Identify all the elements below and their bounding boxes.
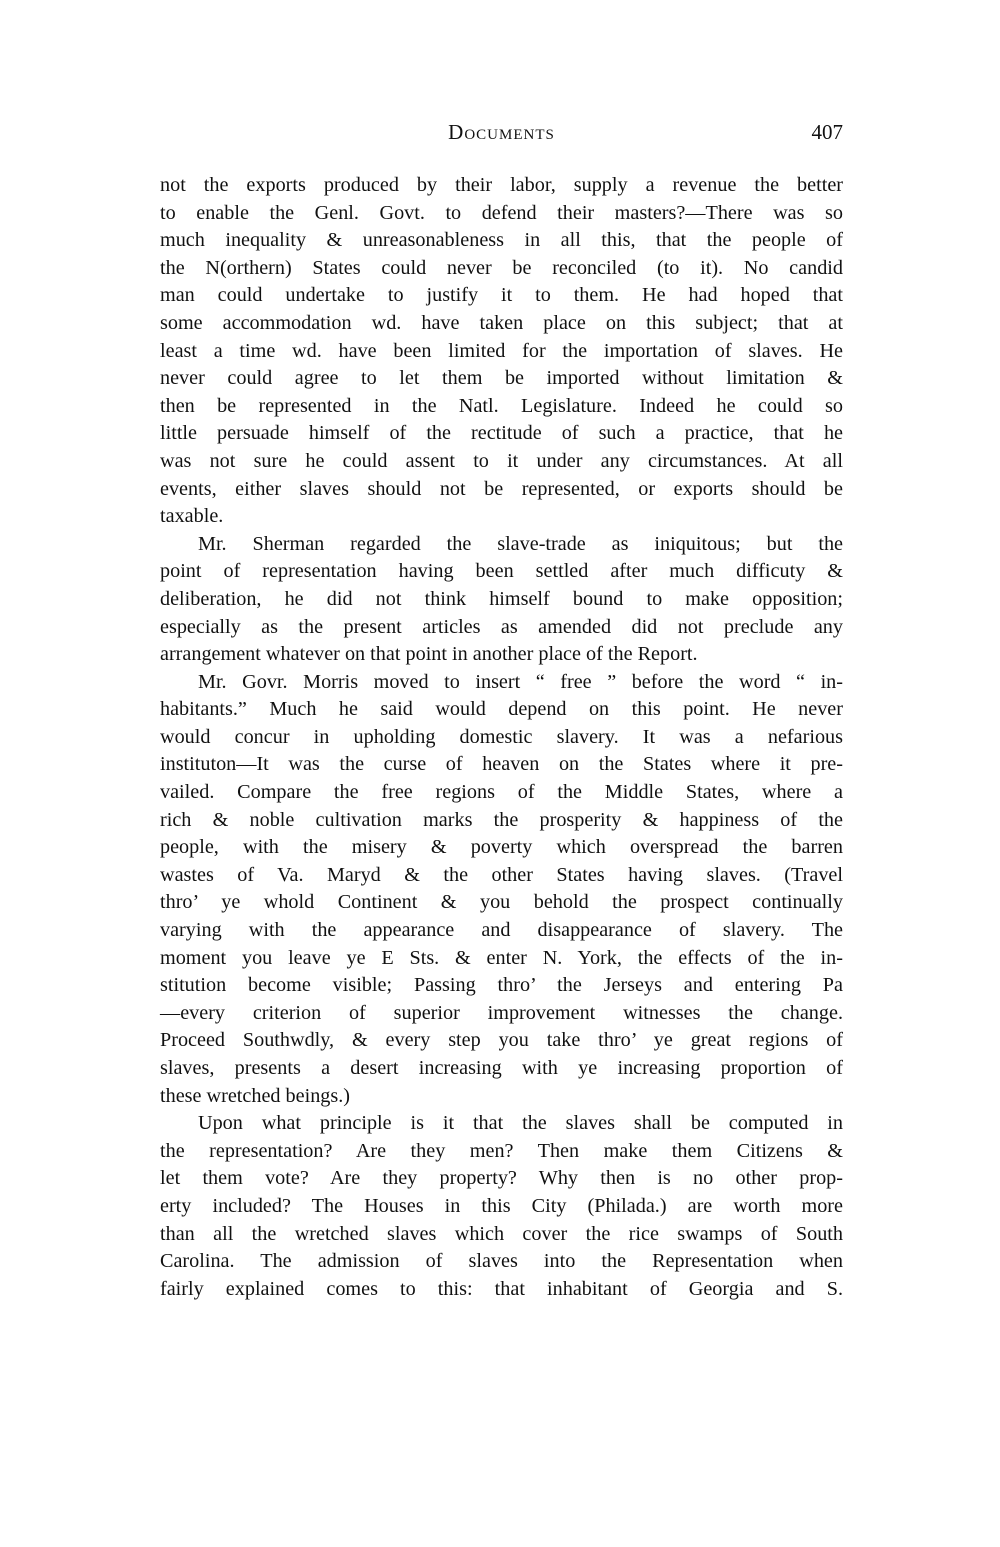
text-line: vailed. Compare the free regions of the …: [160, 779, 843, 807]
text-line: never could agree to let them be importe…: [160, 365, 843, 393]
text-line: not the exports produced by their labor,…: [160, 172, 843, 200]
text-line: fairly explained comes to this: that inh…: [160, 1276, 843, 1304]
page-number: 407: [812, 120, 844, 145]
paragraph-first-line: Mr. Govr. Morris moved to insert “ free …: [160, 669, 843, 697]
text-line: Carolina. The admission of slaves into t…: [160, 1248, 843, 1276]
text-line: let them vote? Are they property? Why th…: [160, 1165, 843, 1193]
running-header: Documents 407: [160, 120, 843, 150]
text-line: the N(orthern) States could never be rec…: [160, 255, 843, 283]
text-line: would concur in upholding domestic slave…: [160, 724, 843, 752]
text-line: varying with the appearance and disappea…: [160, 917, 843, 945]
text-line: some accommodation wd. have taken place …: [160, 310, 843, 338]
text-line: stitution become visible; Passing thro’ …: [160, 972, 843, 1000]
text-line: erty included? The Houses in this City (…: [160, 1193, 843, 1221]
text-line: then be represented in the Natl. Legisla…: [160, 393, 843, 421]
text-line: especially as the present articles as am…: [160, 614, 843, 642]
running-title: Documents: [160, 120, 843, 145]
text-line: was not sure he could assent to it under…: [160, 448, 843, 476]
text-line: habitants.” Much he said would depend on…: [160, 696, 843, 724]
text-line: these wretched beings.): [160, 1083, 843, 1111]
text-line: wastes of Va. Maryd & the other States h…: [160, 862, 843, 890]
text-line: taxable.: [160, 503, 843, 531]
text-line: —every criterion of superior improvement…: [160, 1000, 843, 1028]
text-line: man could undertake to justify it to the…: [160, 282, 843, 310]
paragraph-first-line: Mr. Sherman regarded the slave-trade as …: [160, 531, 843, 559]
text-line: rich & noble cultivation marks the prosp…: [160, 807, 843, 835]
text-line: to enable the Genl. Govt. to defend thei…: [160, 200, 843, 228]
text-line: thro’ ye whold Continent & you behold th…: [160, 889, 843, 917]
text-line: point of representation having been sett…: [160, 558, 843, 586]
document-page: Documents 407 not the exports produced b…: [0, 0, 1000, 1547]
text-line: events, either slaves should not be repr…: [160, 476, 843, 504]
body-text: not the exports produced by their labor,…: [160, 172, 843, 1303]
text-line: deliberation, he did not think himself b…: [160, 586, 843, 614]
text-line: people, with the misery & poverty which …: [160, 834, 843, 862]
text-line: instituton—It was the curse of heaven on…: [160, 751, 843, 779]
text-line: arrangement whatever on that point in an…: [160, 641, 843, 669]
text-line: moment you leave ye E Sts. & enter N. Yo…: [160, 945, 843, 973]
text-line: than all the wretched slaves which cover…: [160, 1221, 843, 1249]
text-line: Proceed Southwdly, & every step you take…: [160, 1027, 843, 1055]
text-line: little persuade himself of the rectitude…: [160, 420, 843, 448]
text-line: much inequality & unreasonableness in al…: [160, 227, 843, 255]
paragraph-first-line: Upon what principle is it that the slave…: [160, 1110, 843, 1138]
text-line: the representation? Are they men? Then m…: [160, 1138, 843, 1166]
text-line: least a time wd. have been limited for t…: [160, 338, 843, 366]
text-line: slaves, presents a desert increasing wit…: [160, 1055, 843, 1083]
